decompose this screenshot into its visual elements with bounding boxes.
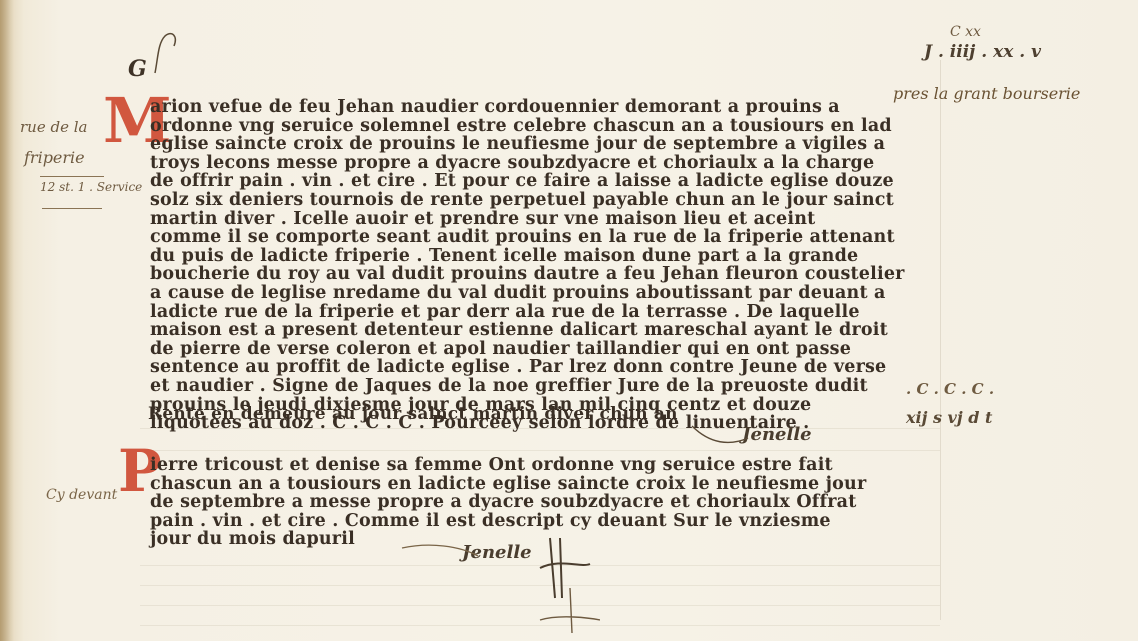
text-line: ierre tricoust et denise sa femme Ont or… (150, 456, 866, 475)
text-line: de offrir pain . vin . et cire . Et pour… (150, 172, 905, 191)
margin-note-street-name: friperie (24, 148, 85, 167)
margin-note-amount: xij s vj d t (906, 408, 992, 427)
text-line: ladicte rue de la friperie et par derr a… (150, 303, 905, 322)
text-line: sentence au proffit de ladicte eglise . … (150, 358, 905, 377)
text-line: boucherie du roy au val dudit prouins da… (150, 265, 905, 284)
text-line: martin diver . Icelle auoir et prendre s… (150, 210, 905, 229)
section-mark: G (128, 56, 147, 82)
scribe-signature-1: Jenelle (742, 424, 812, 445)
ruling-line (140, 585, 940, 586)
frame-ruling (940, 60, 941, 620)
ruling-line (140, 450, 940, 451)
text-line: a cause de leglise nredame du val dudit … (150, 284, 905, 303)
binding-gutter (0, 0, 14, 641)
text-line: arion vefue de feu Jehan naudier cordoue… (150, 98, 905, 117)
entry-2-text: ierre tricoust et denise sa femme Ont or… (150, 456, 866, 549)
margin-underline (40, 176, 104, 177)
ruling-line (140, 565, 940, 566)
text-line: maison est a present detenteur estienne … (150, 321, 905, 340)
text-line: eglise saincte croix de prouins le neufi… (150, 135, 905, 154)
margin-note-cy-devant: Cy devant (46, 487, 117, 503)
text-line: solz six deniers tournois de rente perpe… (150, 191, 905, 210)
margin-note-service: 12 st. 1 . Service (40, 180, 142, 194)
rente-line: Rente en demeure au jour sainct martin d… (148, 405, 678, 424)
entry-1-text: arion vefue de feu Jehan naudier cordoue… (150, 98, 905, 433)
text-line: du puis de ladicte friperie . Tenent ice… (150, 247, 905, 266)
text-line: comme il se comporte seant audit prouins… (150, 228, 905, 247)
text-line: troys lecons messe propre a dyacre soubz… (150, 154, 905, 173)
margin-note-ccc: . C . C . C . (906, 380, 994, 398)
margin-underline (42, 208, 102, 209)
text-line: chascun an a tousiours en ladicte eglise… (150, 475, 866, 494)
margin-note-street: rue de la (20, 118, 87, 136)
text-line: ordonne vng seruice solemnel estre celeb… (150, 117, 905, 136)
foliation-number: J . iiij . xx . v (924, 42, 1041, 62)
section-mark-flourish (150, 28, 180, 78)
ruling-line (140, 605, 940, 606)
parchment-page: G C xx J . iiij . xx . v pres la grant b… (0, 0, 1138, 641)
text-line: pain . vin . et cire . Comme il est desc… (150, 512, 866, 531)
margin-note-location: pres la grant bourserie (893, 84, 1080, 103)
scribe-signature-2: Jenelle (462, 542, 532, 563)
text-line: et naudier . Signe de Jaques de la noe g… (150, 377, 905, 396)
text-line: de pierre de verse coleron et apol naudi… (150, 340, 905, 359)
text-line: de septembre a messe propre a dyacre sou… (150, 493, 866, 512)
foliation-superscript: C xx (950, 24, 981, 40)
ruling-line (140, 625, 940, 626)
text-line: Rente en demeure au jour sainct martin d… (148, 405, 678, 424)
